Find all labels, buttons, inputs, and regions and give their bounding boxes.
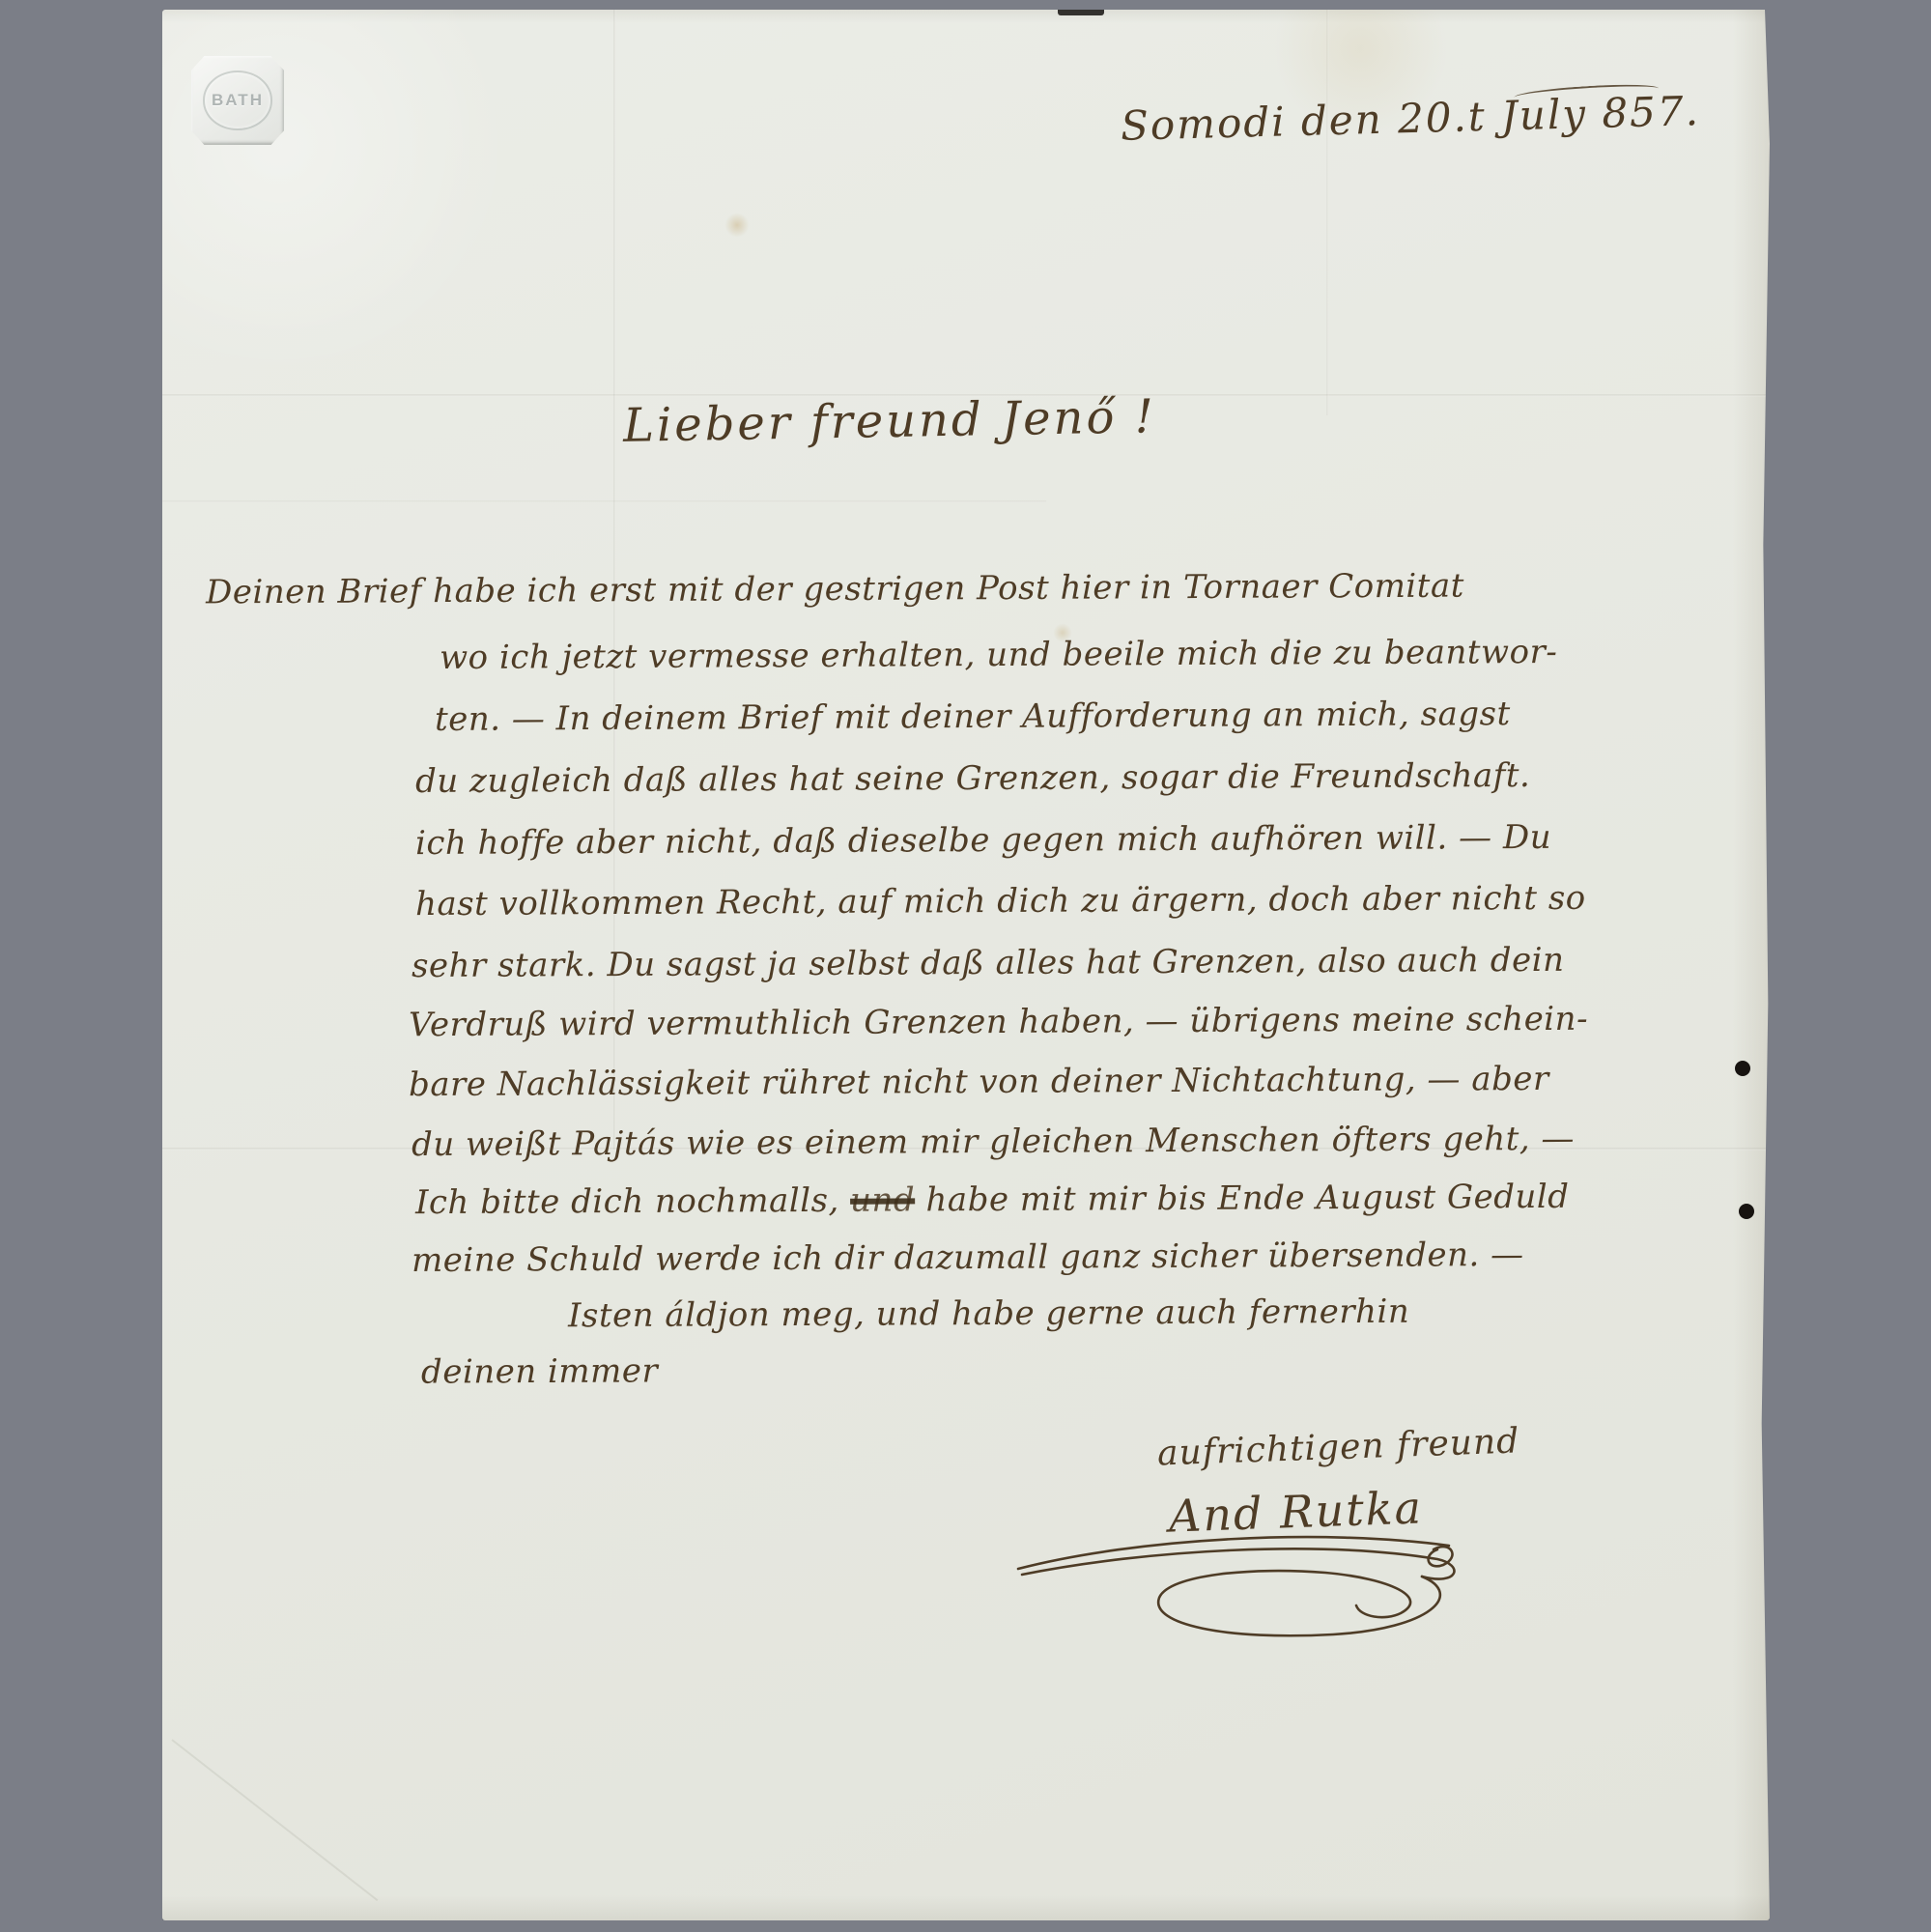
body-line-with-strikethrough: Ich bitte dich nochmalls, und habe mit m… — [415, 1178, 1570, 1222]
stamp-text: BATH — [212, 91, 264, 110]
ink-blot-dot — [1735, 1061, 1750, 1076]
body-line: Isten áldjon meg, und habe gerne auch fe… — [568, 1293, 1409, 1336]
letter-paper-sheet: BATH Somodi den 20.t July 857. Lieber fr… — [162, 10, 1770, 1920]
body-line-pre: Ich bitte dich nochmalls, — [415, 1181, 850, 1222]
horizontal-crease-faint — [162, 500, 1046, 503]
body-line: Verdruß wird vermuthlich Grenzen haben, … — [409, 1000, 1588, 1044]
body-line: du zugleich daß alles hat seine Grenzen,… — [415, 756, 1531, 801]
closing-phrase: aufrichtigen freund — [1156, 1421, 1519, 1473]
dateline: Somodi den 20.t July 857. — [1120, 87, 1700, 150]
body-line: sehr stark. Du sagst ja selbst daß alles… — [412, 941, 1565, 985]
body-line-post: habe mit mir bis Ende August Geduld — [915, 1178, 1570, 1220]
struck-out-word: und — [850, 1180, 915, 1219]
body-line: deinen immer — [421, 1351, 658, 1391]
embossed-paper-stamp: BATH — [191, 56, 284, 145]
body-line: hast vollkommen Recht, auf mich dich zu … — [415, 879, 1586, 923]
body-line: meine Schuld werde ich dir dazumall ganz… — [412, 1236, 1524, 1280]
paper-edge-dark-notch — [1058, 10, 1104, 15]
stamp-wreath-icon: BATH — [203, 71, 271, 129]
vertical-crease-right — [1326, 10, 1329, 415]
ink-blot-dot — [1739, 1204, 1754, 1219]
body-line: wo ich jetzt vermesse erhalten, und beei… — [440, 633, 1558, 677]
salutation: Lieber freund Jenő ! — [623, 389, 1157, 453]
body-line: du weißt Pajtás wie es einem mir gleiche… — [412, 1120, 1575, 1164]
signature-flourish-icon — [1012, 1517, 1466, 1662]
body-line: bare Nachlässigkeit rühret nicht von dei… — [409, 1060, 1549, 1104]
body-line: Deinen Brief habe ich erst mit der gestr… — [206, 567, 1464, 612]
body-line: ten. — In deinem Brief mit deiner Auffor… — [435, 695, 1511, 739]
diagonal-crease-bottom-left — [171, 1739, 378, 1901]
scanned-letter-scene: BATH Somodi den 20.t July 857. Lieber fr… — [0, 0, 1931, 1932]
body-line: ich hoffe aber nicht, daß dieselbe gegen… — [415, 818, 1551, 863]
